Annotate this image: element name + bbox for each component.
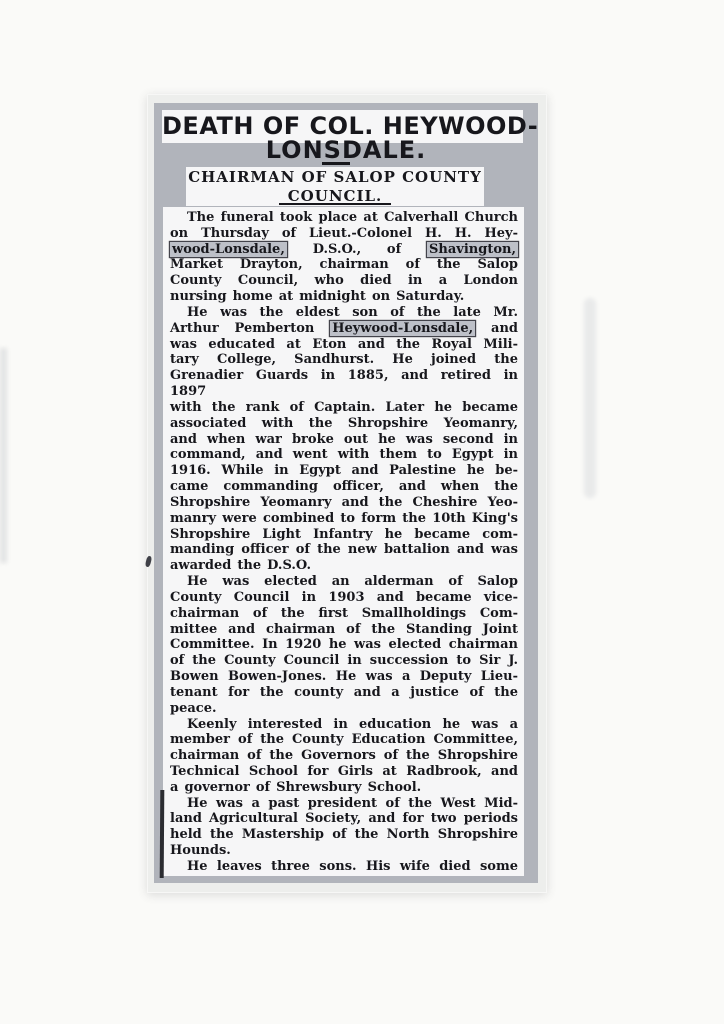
text-segment: Hounds. [170,843,231,858]
text-segment: of the County Council in succession to S… [170,653,518,668]
article-paragraph: He was elected an alderman of SalopCount… [170,574,518,716]
article-paragraph: He was the eldest son of the late Mr.Art… [170,305,518,574]
article-line: Grenadier Guards in 1885, and retired in… [170,368,518,400]
text-segment: manding officer of the new battalion and… [170,542,518,557]
subheadline-underlined-word: COUNCIL. [288,187,383,206]
article-line: with the rank of Captain. Later he becam… [170,400,518,416]
article-line: command, and went with them to Egypt in [170,447,518,463]
article-line: He was a past president of the West Mid- [170,796,518,812]
article-line: nursing home at midnight on Saturday. [170,289,518,305]
article-line: manding officer of the new battalion and… [170,542,518,558]
text-segment: and when war broke out he was second in [170,432,518,447]
subheadline-line2: COUNCIL. [186,187,484,206]
article-line: Shropshire Light Infantry he became com- [170,527,518,543]
text-segment: peace. [170,701,217,716]
article-line: held the Mastership of the North Shropsh… [170,827,518,843]
article-line: tary College, Sandhurst. He joined the [170,352,518,368]
article-line: He was elected an alderman of Salop [170,574,518,590]
article-line: wood-Lonsdale, D.S.O., of Shavington, [170,242,518,258]
text-segment: land Agricultural Society, and for two p… [170,811,518,826]
article-line: County Council, who died in a London [170,273,518,289]
article-paragraph: He leaves three sons. His wife died some… [170,859,518,876]
text-segment: awarded the D.S.O. [170,558,311,573]
text-segment: 1916. While in Egypt and Palestine he be… [170,463,518,478]
article-line: chairman of the Governors of the Shropsh… [170,748,518,764]
ink-mark [160,790,165,878]
text-segment: mittee and chairman of the Standing Join… [170,622,518,637]
text-segment: months ago. [170,875,261,876]
article-line: on Thursday of Lieut.-Colonel H. H. Hey- [170,226,518,242]
text-segment: member of the County Education Committee… [170,732,518,747]
text-segment: a governor of Shrewsbury School. [170,780,421,795]
text-segment: Market Drayton, chairman of the Salop [170,257,518,272]
article-line: peace. [170,701,518,717]
highlighted-term: Shavington, [427,242,518,257]
article-line: mittee and chairman of the Standing Join… [170,622,518,638]
text-segment: tenant for the county and a justice of t… [170,685,518,700]
subheadline-strip: CHAIRMAN OF SALOP COUNTY COUNCIL. [186,167,484,206]
article-line: County Council in 1903 and became vice- [170,590,518,606]
text-segment: County Council in 1903 and became vice- [170,590,518,605]
headline-line2: LONSDALE. [154,139,538,161]
article-line: and when war broke out he was second in [170,432,518,448]
subheadline-line1: CHAIRMAN OF SALOP COUNTY [186,168,484,187]
text-segment: nursing home at midnight on Saturday. [170,289,464,304]
article-line: chairman of the first Smallholdings Com- [170,606,518,622]
scanned-page: DEATH OF COL. HEYWOOD- LONSDALE. CHAIRMA… [0,0,724,1024]
text-segment: He was a past president of the West Mid- [187,796,518,811]
text-segment: Committee. In 1920 he was elected chairm… [170,637,518,652]
article-line: came commanding officer, and when the [170,479,518,495]
article-line: He leaves three sons. His wife died some [170,859,518,875]
text-segment: Shropshire Light Infantry he became com- [170,527,518,542]
article-line: associated with the Shropshire Yeomanry, [170,416,518,432]
article-line: months ago. [170,875,518,876]
scan-smudge [0,348,7,563]
article-line: manry were combined to form the 10th Kin… [170,511,518,527]
text-segment: D.S.O., of [287,242,427,257]
newspaper-clipping: DEATH OF COL. HEYWOOD- LONSDALE. CHAIRMA… [147,94,547,893]
article-paragraph: He was a past president of the West Mid-… [170,796,518,859]
text-segment: The funeral took place at Calverhall Chu… [187,210,518,225]
text-segment: manry were combined to form the 10th Kin… [170,511,518,526]
article-line: tenant for the county and a justice of t… [170,685,518,701]
article-paragraph: The funeral took place at Calverhall Chu… [170,210,518,305]
text-segment: associated with the Shropshire Yeomanry, [170,416,518,431]
text-segment: held the Mastership of the North Shropsh… [170,827,518,842]
clipping-background: DEATH OF COL. HEYWOOD- LONSDALE. CHAIRMA… [154,103,538,883]
divider-rule [322,162,350,165]
text-segment: on Thursday of Lieut.-Colonel H. H. Hey- [170,226,518,241]
article-line: Keenly interested in education he was a [170,717,518,733]
article-line: awarded the D.S.O. [170,558,518,574]
article-line: land Agricultural Society, and for two p… [170,811,518,827]
highlighted-term: wood-Lonsdale, [170,242,287,257]
article-line: member of the County Education Committee… [170,732,518,748]
text-segment: Grenadier Guards in 1885, and retired in… [170,368,518,399]
article-line: Arthur Pemberton Heywood-Lonsdale, and [170,321,518,337]
text-segment: He was elected an alderman of Salop [187,574,518,589]
text-segment: He was the eldest son of the late Mr. [187,305,518,320]
article-paragraph: Keenly interested in education he was am… [170,717,518,796]
article-line: Technical School for Girls at Radbrook, … [170,764,518,780]
text-segment: He leaves three sons. His wife died some [187,859,518,874]
text-segment: tary College, Sandhurst. He joined the [170,352,518,367]
text-segment: with the rank of Captain. Later he becam… [170,400,518,415]
highlighted-term: Heywood-Lonsdale, [330,321,475,336]
article-line: 1916. While in Egypt and Palestine he be… [170,463,518,479]
article-line: Hounds. [170,843,518,859]
article-line: Shropshire Yeomanry and the Cheshire Yeo… [170,495,518,511]
text-segment: chairman of the first Smallholdings Com- [170,606,518,621]
article-line: The funeral took place at Calverhall Chu… [170,210,518,226]
text-segment: Arthur Pemberton [170,321,330,336]
article-line: was educated at Eton and the Royal Mili- [170,337,518,353]
text-segment: Keenly interested in education he was a [187,717,518,732]
scan-smudge [584,298,596,498]
text-segment: came commanding officer, and when the [170,479,518,494]
text-segment: Shropshire Yeomanry and the Cheshire Yeo… [170,495,518,510]
article-line: Committee. In 1920 he was elected chairm… [170,637,518,653]
article-body: The funeral took place at Calverhall Chu… [163,207,524,876]
text-segment: was educated at Eton and the Royal Mili- [170,337,518,352]
article-line: Bowen Bowen-Jones. He was a Deputy Lieu- [170,669,518,685]
text-segment: County Council, who died in a London [170,273,518,288]
article-line: a governor of Shrewsbury School. [170,780,518,796]
text-segment: Technical School for Girls at Radbrook, … [170,764,518,779]
text-segment: command, and went with them to Egypt in [170,447,518,462]
article-line: He was the eldest son of the late Mr. [170,305,518,321]
text-segment: and [475,321,518,336]
article-line: of the County Council in succession to S… [170,653,518,669]
article-line: Market Drayton, chairman of the Salop [170,257,518,273]
text-segment: Bowen Bowen-Jones. He was a Deputy Lieu- [170,669,518,684]
text-segment: chairman of the Governors of the Shropsh… [170,748,518,763]
